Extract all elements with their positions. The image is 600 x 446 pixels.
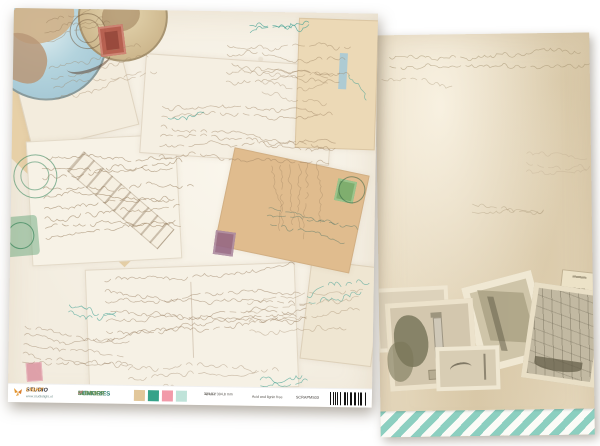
mast-line	[483, 354, 486, 380]
green-postage-stamp	[8, 215, 40, 258]
collection-title-word3: SUMMER	[78, 390, 104, 397]
amber-postcard	[214, 147, 370, 273]
branding-strip: STUDIOLIGHT www.studiolight.nl MEMORIES …	[8, 383, 372, 408]
tree-silhouette	[386, 341, 415, 383]
washi-tape-stripe-border	[376, 408, 594, 437]
butterfly-icon	[13, 388, 23, 397]
color-swatches	[134, 389, 194, 401]
postmark-inner-ring	[75, 19, 99, 43]
pink-postage-stamp	[26, 362, 43, 382]
product-code: SCRAPMS03	[296, 395, 319, 399]
vintage-photo-collage	[379, 285, 595, 413]
red-postage-stamp	[98, 24, 127, 57]
scrapbook-paper-back-sheet	[375, 33, 595, 438]
purple-postage-stamp	[213, 230, 236, 257]
swatch-pink	[162, 390, 173, 401]
size-inch: 12"x12"	[204, 392, 216, 397]
barcode	[330, 392, 368, 406]
bird-mark	[449, 361, 473, 377]
swatch-teal	[148, 390, 159, 401]
scrapbook-paper-product-photo: STUDIOLIGHT www.studiolight.nl MEMORIES …	[0, 0, 600, 446]
harbor-rigging-photo	[521, 282, 595, 388]
postcard	[85, 262, 299, 395]
postcard	[300, 259, 378, 367]
studiolight-logo: STUDIOLIGHT www.studiolight.nl	[13, 387, 83, 401]
material-note: Acid and lignin free	[252, 395, 283, 399]
small-boat-photo	[435, 345, 500, 391]
brand-url: www.studiolight.nl	[26, 394, 53, 398]
postmark-inner-ring	[20, 161, 49, 190]
swatch-mint	[176, 390, 187, 401]
postcard	[295, 18, 378, 151]
postcard-divider-line	[190, 282, 194, 358]
brand-name-light: LIGHT	[26, 387, 44, 393]
boat-hull	[533, 356, 582, 375]
scrapbook-paper-front-sheet: STUDIOLIGHT www.studiolight.nl MEMORIES …	[8, 8, 378, 408]
swatch-tan	[134, 389, 145, 400]
